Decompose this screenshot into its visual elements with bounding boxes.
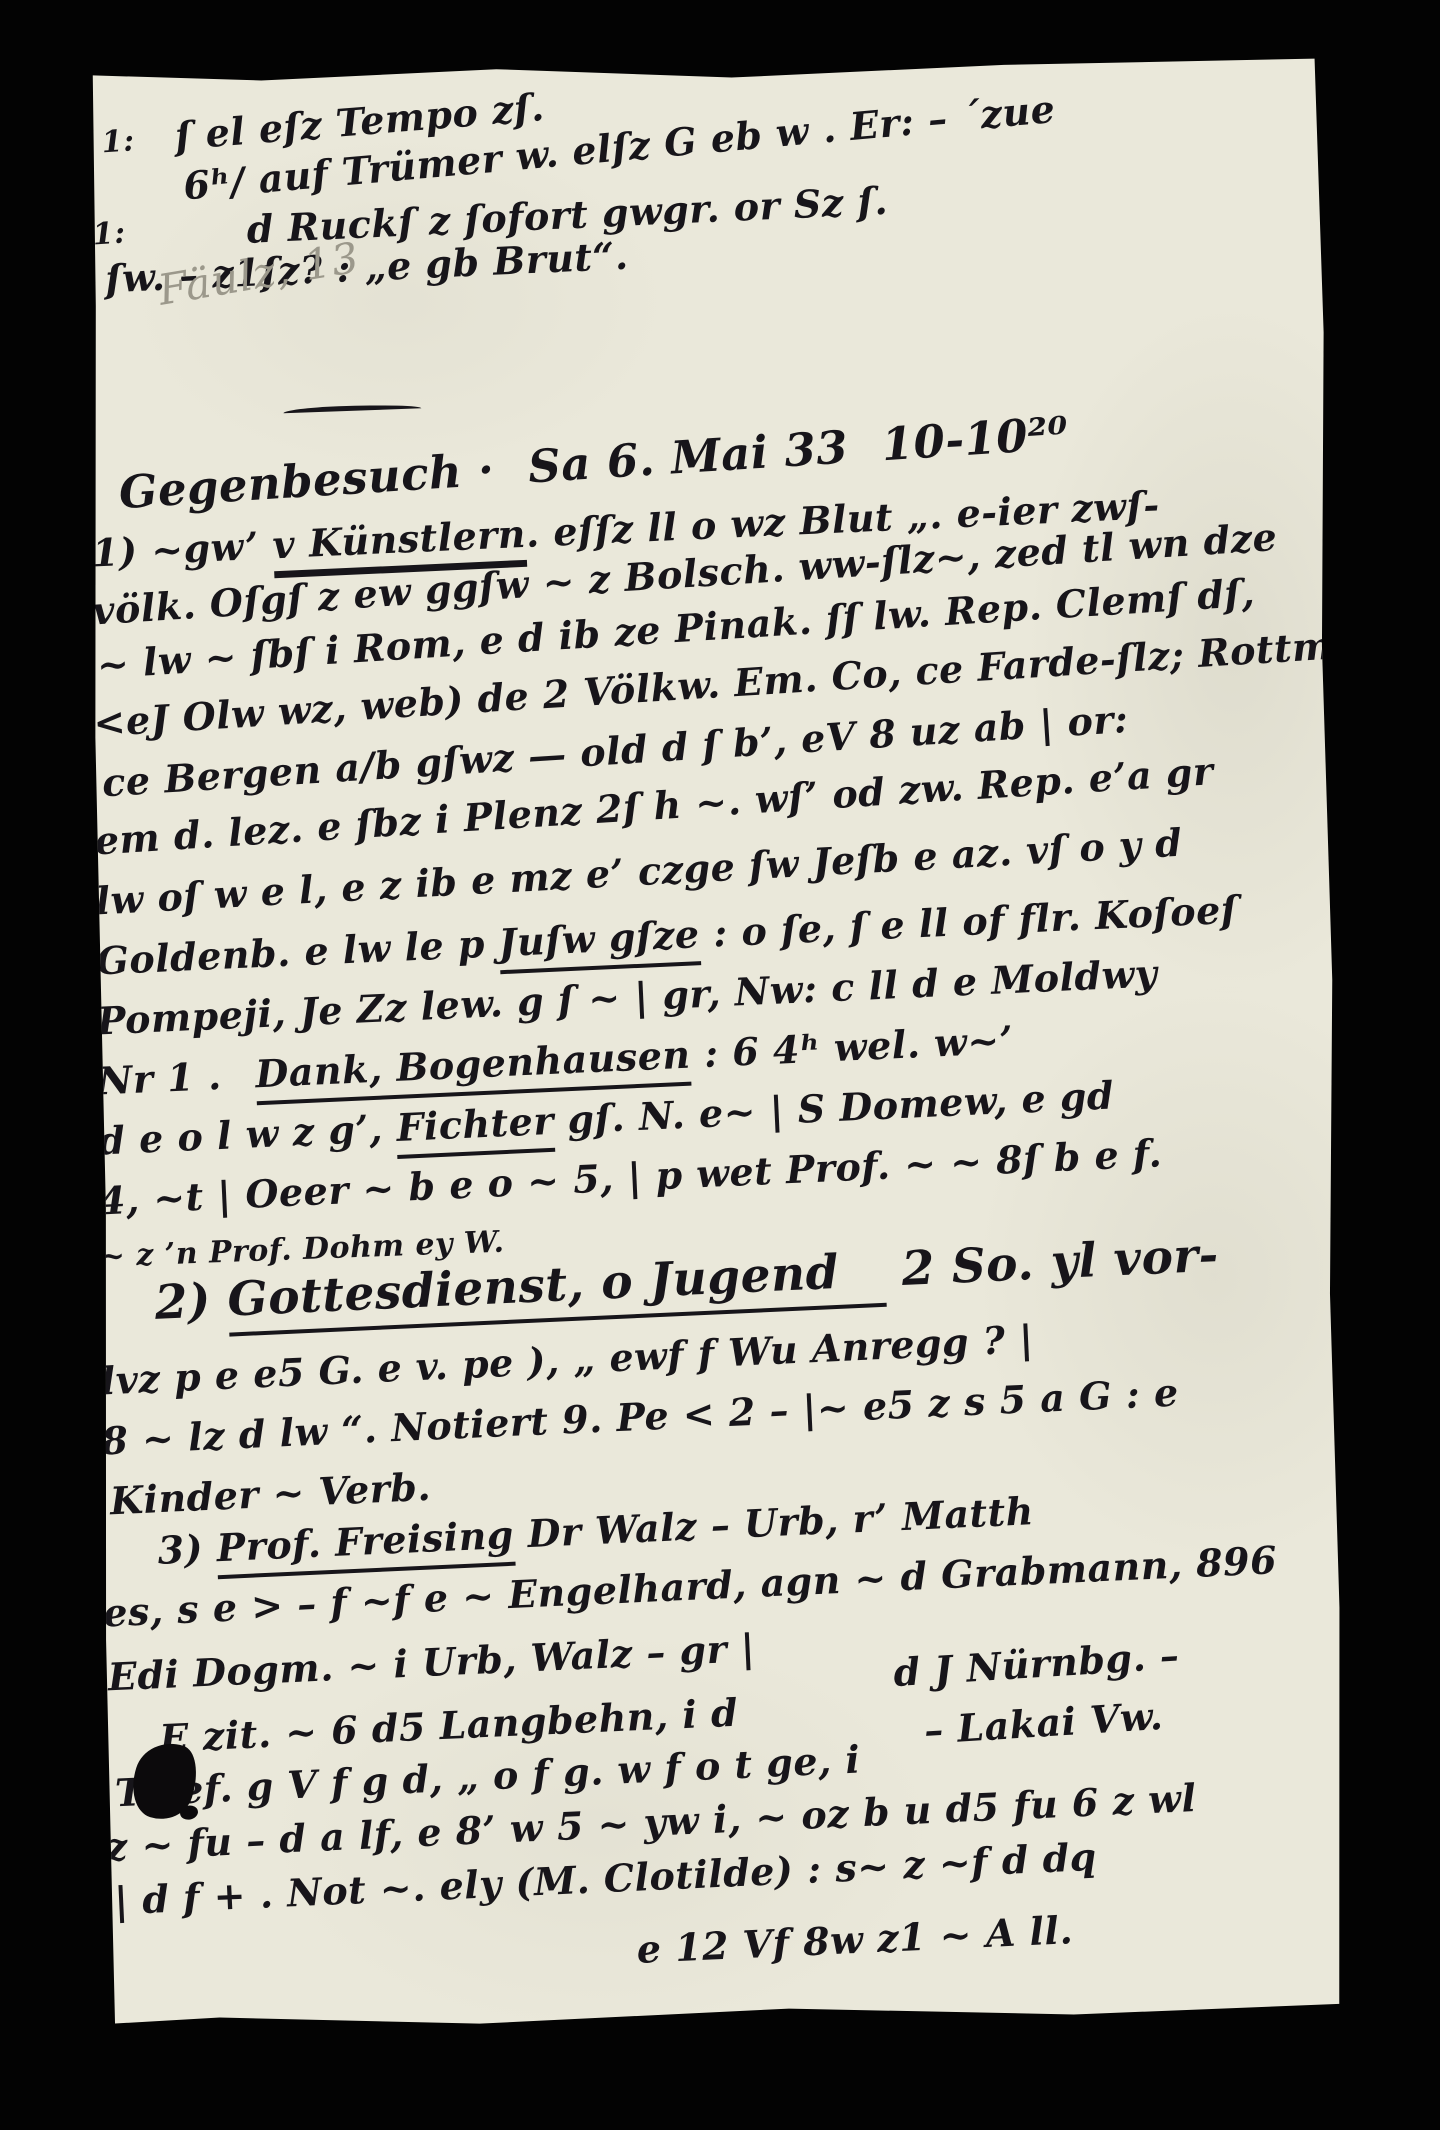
line-text: Goldenb. e lw le p: [95, 920, 499, 983]
manuscript-line: – Lakai Vw.: [923, 1697, 1164, 1750]
entry-title: Gegenbesuch ·: [117, 443, 496, 520]
line-text: : o ſe, ſ e ll of flr. Koſoeſ: [698, 887, 1238, 956]
underlined-name: Juſw gſze: [498, 911, 701, 974]
line-text: 3): [157, 1525, 218, 1573]
spacer: [222, 1087, 256, 1089]
list-marker: 1:: [101, 126, 136, 158]
line-text: Edi Dogm. ~ i Urb, Walz – gr |: [107, 1625, 756, 1699]
photo-backdrop: 1: ſ el eſz Tempo zſ. 1: 6ʰ/ auf Trümer …: [0, 0, 1440, 2130]
line-text: 2 So. yl vor-: [884, 1228, 1220, 1298]
line-text: Dr Walz – Urb, r’ Matth: [513, 1488, 1035, 1557]
spacer: [849, 460, 883, 462]
manuscript-line: e 12 Vf 8w z1 ~ A ll.: [636, 1911, 1074, 1969]
manuscript-line: Kinder ~ Verb.: [109, 1468, 432, 1521]
line-text: 2): [154, 1273, 229, 1331]
spacer: [495, 482, 529, 484]
section-divider: [283, 403, 421, 413]
manuscript-line: d J Nürnbg. –: [892, 1636, 1180, 1692]
line-text: e 12 Vf 8w z1 ~ A ll.: [636, 1907, 1074, 1972]
underlined-name: Prof. Freising: [216, 1512, 516, 1579]
entry-time: 10-10²⁰: [880, 407, 1070, 472]
manuscript-line: Edi Dogm. ~ i Urb, Walz – gr |: [107, 1629, 756, 1696]
underlined-name: Fichter: [395, 1098, 555, 1159]
pencil-annotation: Fäulz, 13: [155, 236, 362, 311]
manuscript-page: 1: ſ el eſz Tempo zſ. 1: 6ʰ/ auf Trümer …: [88, 58, 1346, 2033]
line-text: Nr 1 .: [97, 1053, 223, 1104]
line-text: d J Nürnbg. –: [892, 1632, 1180, 1695]
list-marker: 1:: [92, 218, 127, 250]
line-text: 1) ~gw’: [91, 522, 273, 575]
line-text: d e o l w z g’,: [97, 1105, 397, 1163]
line-text: – Lakai Vw.: [923, 1693, 1165, 1753]
entry-date: Sa 6. Mai 33: [527, 420, 850, 493]
line-text: : 6 4ʰ wel. w~’: [689, 1017, 1014, 1077]
line-text: Kinder ~ Verb.: [109, 1464, 432, 1524]
